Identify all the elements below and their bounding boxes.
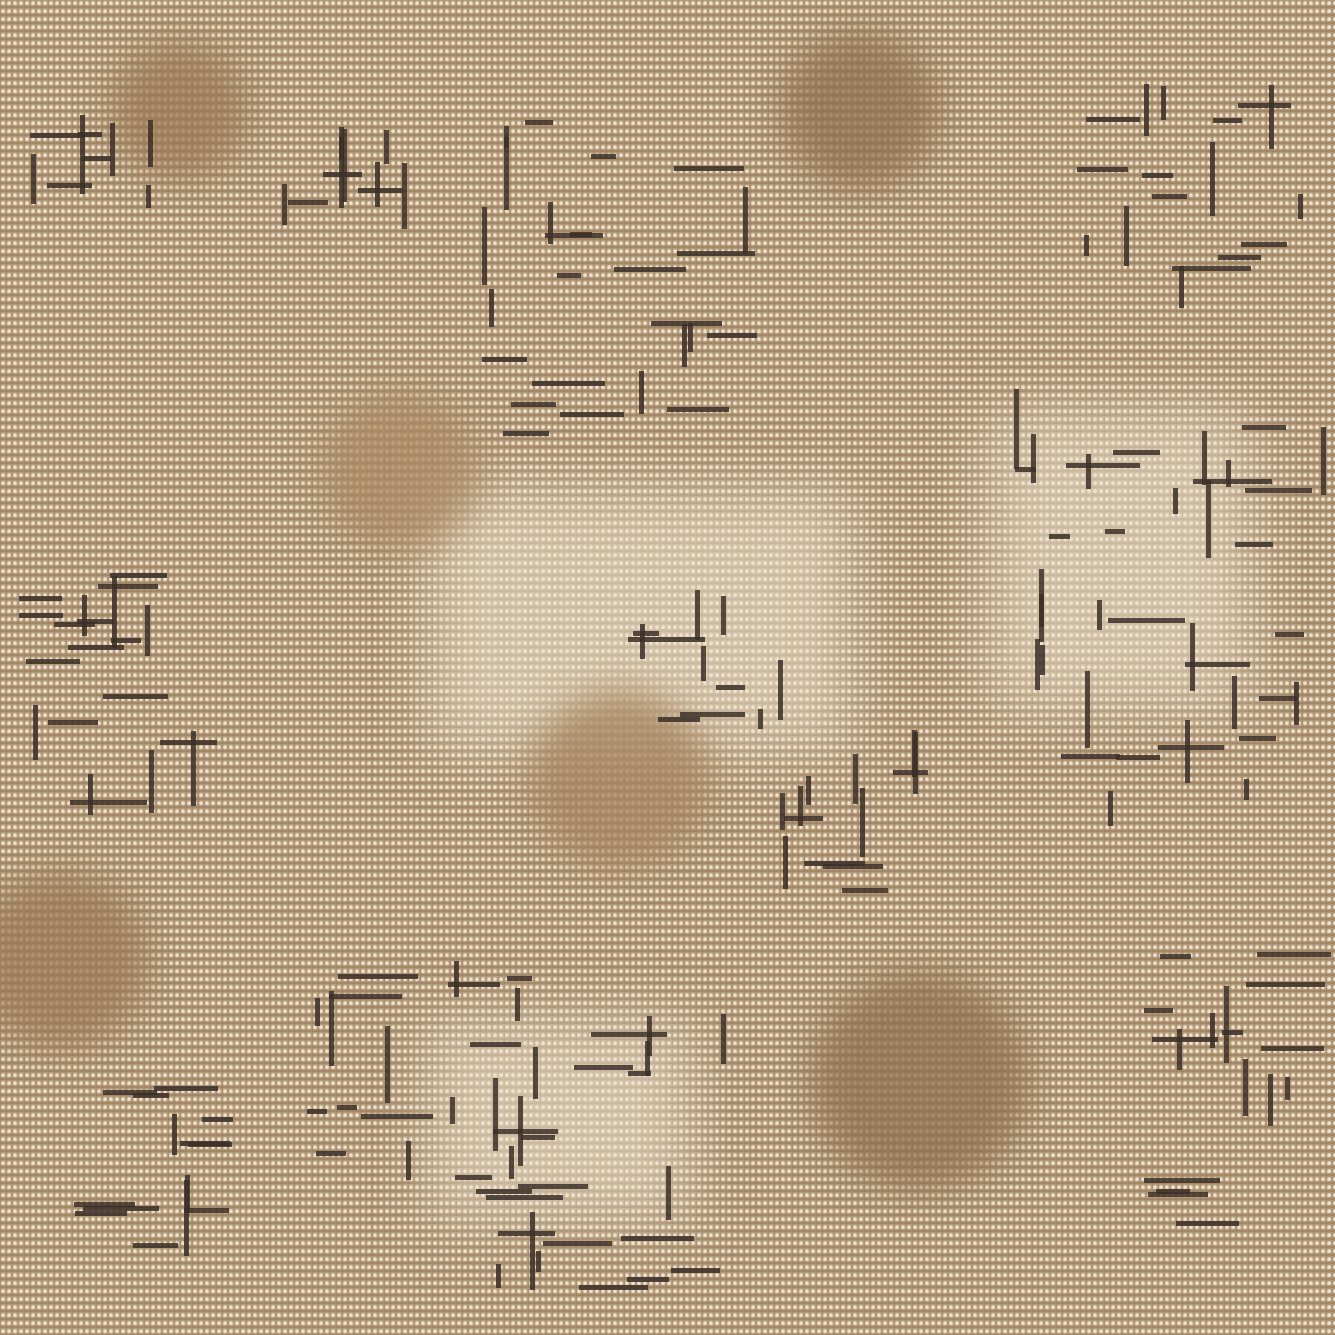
motif-outline (470, 1010, 730, 1310)
motif-outline (480, 120, 780, 440)
pile-patch (320, 390, 480, 550)
motif-outline (20, 110, 160, 210)
pile-patch (0, 870, 150, 1050)
motif-outline (620, 590, 790, 730)
motif-outline (1070, 80, 1310, 310)
motif-outline (60, 1060, 260, 1260)
motif-outline (270, 120, 430, 230)
motif-outline (0, 560, 260, 820)
rug-texture (0, 0, 1335, 1335)
pile-patch (780, 30, 940, 190)
motif-outline (1010, 380, 1330, 860)
pile-patch (810, 970, 1030, 1190)
motif-outline (780, 720, 960, 920)
motif-outline (1140, 950, 1335, 1230)
